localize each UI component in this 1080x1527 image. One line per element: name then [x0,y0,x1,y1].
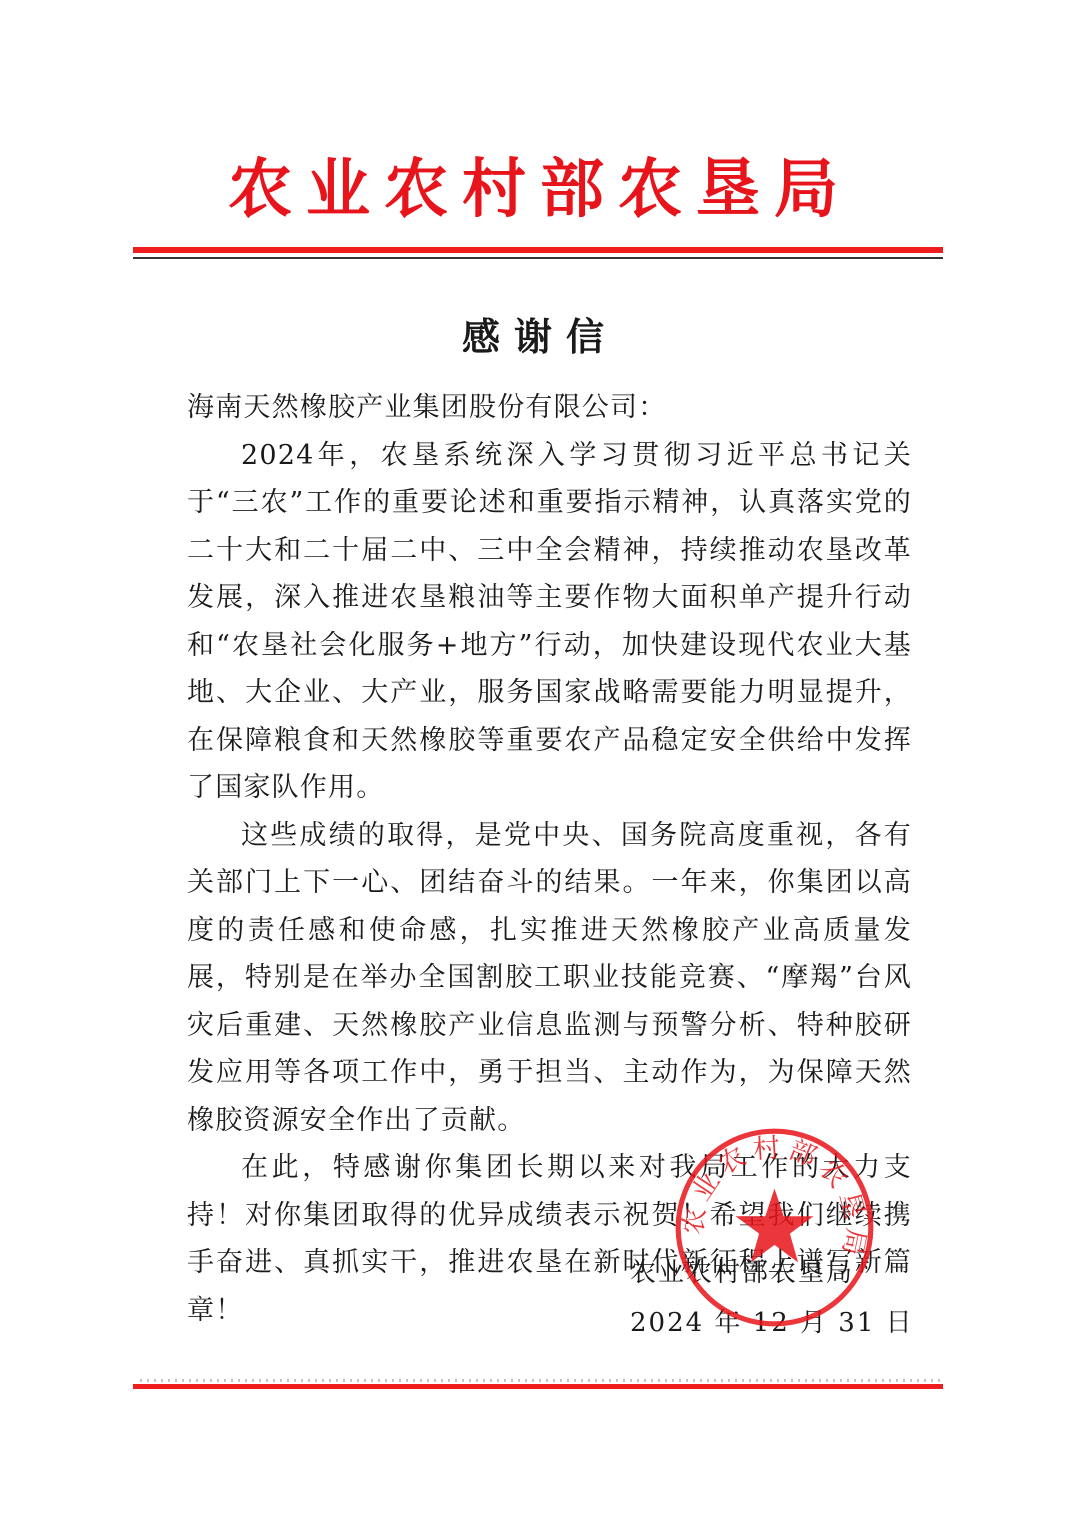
scan-artifacts [140,1379,940,1382]
signature-issuer: 农业农村部农垦局 [630,1248,914,1298]
letter-body: 海南天然橡胶产业集团股份有限公司： 2024年，农垦系统深入学习贯彻习近平总书记… [187,384,912,1334]
footer-red-rule [133,1384,943,1389]
letter-title: 感谢信 [0,312,1080,362]
paragraph-1: 2024年，农垦系统深入学习贯彻习近平总书记关于“三农”工作的重要论述和重要指示… [187,432,912,812]
signature-date: 2024 年 12 月 31 日 [630,1298,914,1348]
letterhead-black-rule [133,257,943,259]
paragraph-2: 这些成绩的取得，是党中央、国务院高度重视，各有关部门上下一心、团结奋斗的结果。一… [187,812,912,1145]
letterhead-red-rule [133,247,943,253]
letterhead-title: 农业农村部农垦局 [0,150,1080,230]
salutation: 海南天然橡胶产业集团股份有限公司： [187,384,912,432]
signature-block: 农业农村部农垦局 2024 年 12 月 31 日 [630,1248,914,1348]
